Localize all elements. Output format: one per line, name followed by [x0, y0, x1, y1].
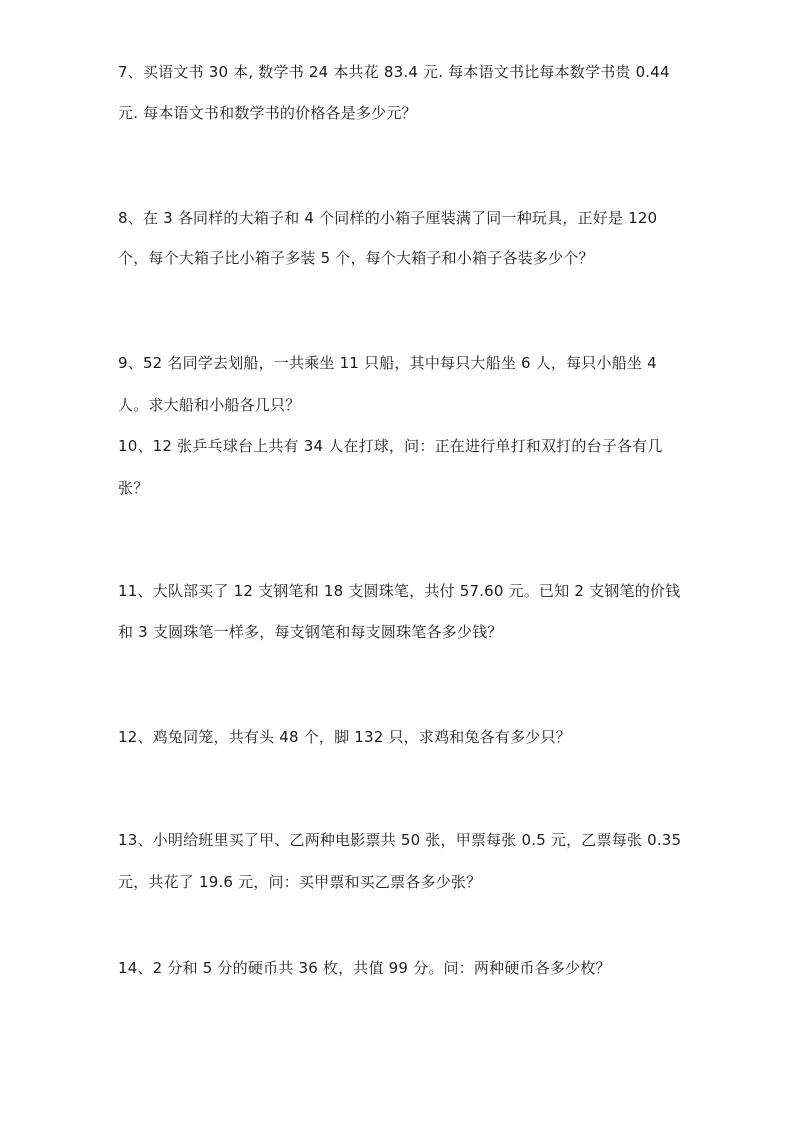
question-11-line-2: 和 3 支圆珠笔一样多，每支钢笔和每支圆珠笔各多少钱？ — [118, 622, 683, 642]
question-7-line-1: 7、买语文书 30 本, 数学书 24 本共花 83.4 元. 每本语文书比每本… — [118, 62, 683, 82]
question-7-line-2: 元. 每本语文书和数学书的价格各是多少元？ — [118, 103, 683, 123]
question-14-line-1: 14、2 分和 5 分的硬币共 36 枚，共值 99 分。问：两种硬币各多少枚？ — [118, 958, 683, 978]
document-page: 7、买语文书 30 本, 数学书 24 本共花 83.4 元. 每本语文书比每本… — [0, 0, 793, 1122]
question-13-line-2: 元，共花了 19.6 元，问：买甲票和买乙票各多少张？ — [118, 872, 683, 892]
question-9-line-2: 人。求大船和小船各几只？ — [118, 395, 683, 415]
question-8-line-1: 8、在 3 各同样的大箱子和 4 个同样的小箱子厘装满了同一种玩具，正好是 12… — [118, 208, 683, 228]
question-12-line-1: 12、鸡兔同笼，共有头 48 个，脚 132 只，求鸡和兔各有多少只？ — [118, 727, 683, 747]
question-10-line-2: 张？ — [118, 478, 683, 498]
question-9-line-1: 9、52 名同学去划船，一共乘坐 11 只船，其中每只大船坐 6 人，每只小船坐… — [118, 353, 683, 373]
question-8-line-2: 个，每个大箱子比小箱子多装 5 个，每个大箱子和小箱子各装多少个？ — [118, 248, 683, 268]
question-13-line-1: 13、小明给班里买了甲、乙两种电影票共 50 张，甲票每张 0.5 元，乙票每张… — [118, 830, 683, 850]
question-10-line-1: 10、12 张乒乓球台上共有 34 人在打球，问：正在进行单打和双打的台子各有几 — [118, 436, 683, 456]
question-11-line-1: 11、大队部买了 12 支钢笔和 18 支圆珠笔，共付 57.60 元。已知 2… — [118, 581, 683, 601]
